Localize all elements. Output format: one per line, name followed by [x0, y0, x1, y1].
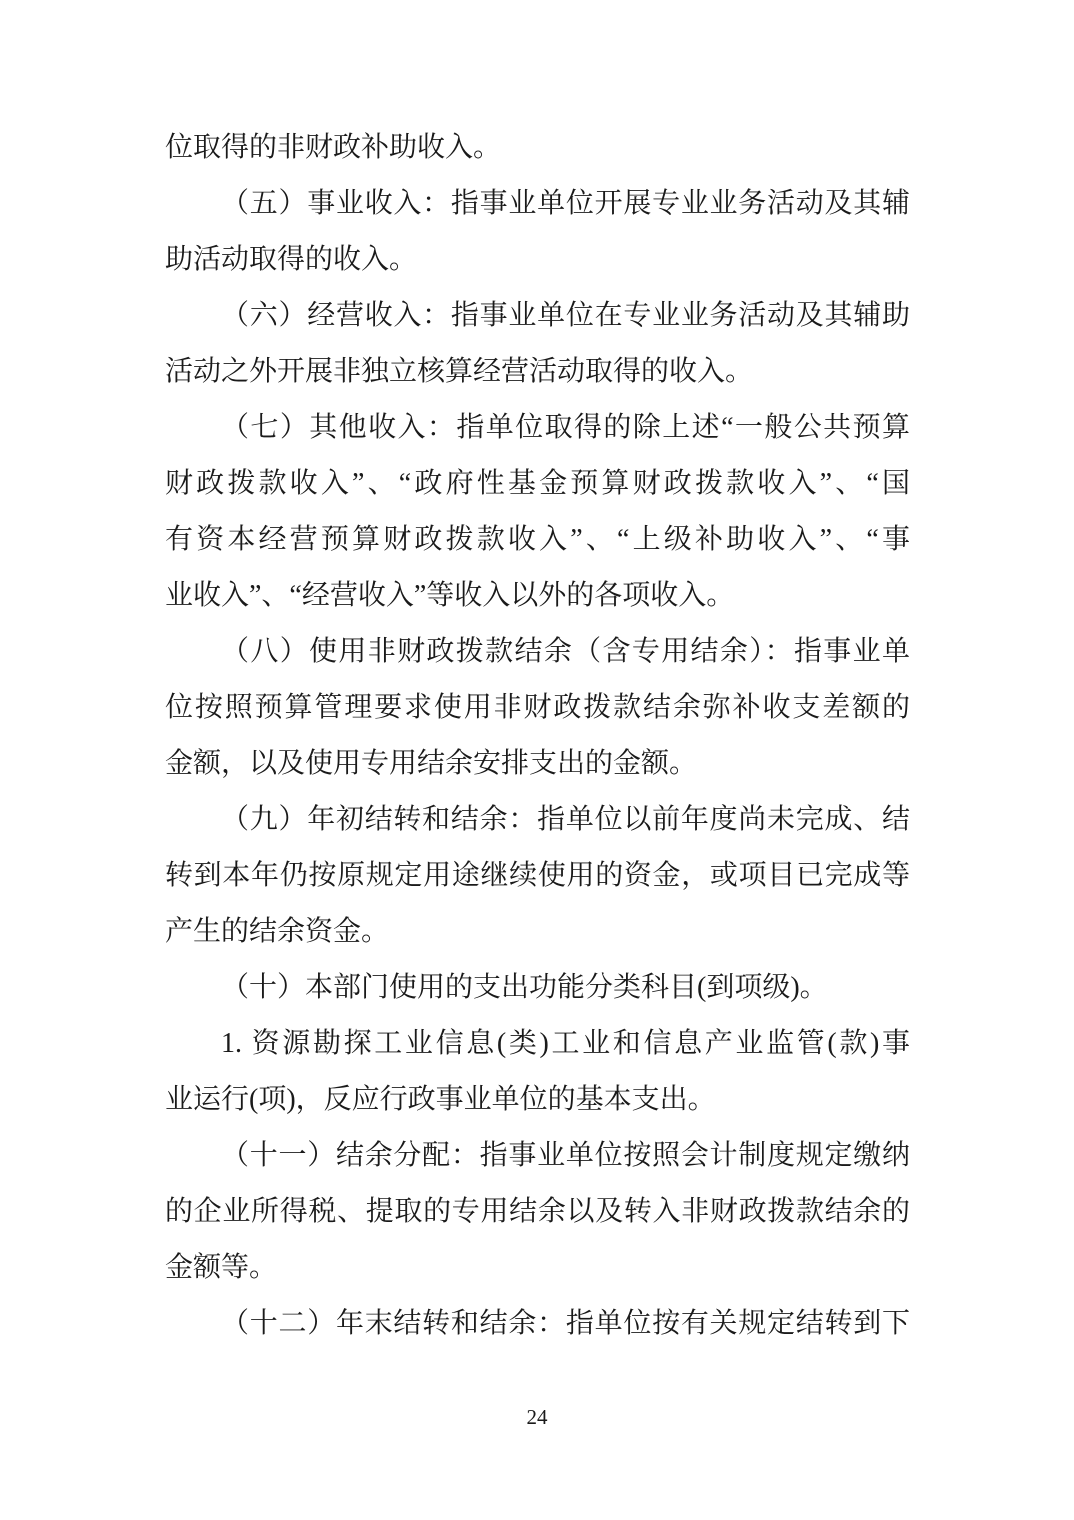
document-page: 位取得的非财政补助收入。（五）事业收入：指事业单位开展专业业务活动及其辅助活动取…: [0, 0, 1074, 1520]
text-line: （七）其他收入：指单位取得的除上述“一般公共预算: [165, 400, 910, 456]
text-line: 活动之外开展非独立核算经营活动取得的收入。: [165, 344, 910, 400]
text-line: （五）事业收入：指事业单位开展专业业务活动及其辅: [165, 176, 910, 232]
text-line: 业收入”、“经营收入”等收入以外的各项收入。: [165, 568, 910, 624]
page-number: 24: [0, 1404, 1074, 1430]
text-line: 位按照预算管理要求使用非财政拨款结余弥补收支差额的: [165, 680, 910, 736]
text-line: 转到本年仍按原规定用途继续使用的资金，或项目已完成等: [165, 848, 910, 904]
text-line: 业运行(项)，反应行政事业单位的基本支出。: [165, 1072, 910, 1128]
text-line: （十二）年末结转和结余：指单位按有关规定结转到下: [165, 1296, 910, 1352]
text-line: 的企业所得税、提取的专用结余以及转入非财政拨款结余的: [165, 1184, 910, 1240]
text-line: 金额，以及使用专用结余安排支出的金额。: [165, 736, 910, 792]
text-line: 产生的结余资金。: [165, 904, 910, 960]
text-line: 1. 资源勘探工业信息(类)工业和信息产业监管(款)事: [165, 1016, 910, 1072]
text-line: 金额等。: [165, 1240, 910, 1296]
text-line: （九）年初结转和结余：指单位以前年度尚未完成、结: [165, 792, 910, 848]
text-line: 助活动取得的收入。: [165, 232, 910, 288]
text-line: （六）经营收入：指事业单位在专业业务活动及其辅助: [165, 288, 910, 344]
document-body: 位取得的非财政补助收入。（五）事业收入：指事业单位开展专业业务活动及其辅助活动取…: [165, 120, 910, 1352]
text-line: 财政拨款收入”、“政府性基金预算财政拨款收入”、“国: [165, 456, 910, 512]
text-line: 位取得的非财政补助收入。: [165, 120, 910, 176]
text-line: 有资本经营预算财政拨款收入”、“上级补助收入”、“事: [165, 512, 910, 568]
text-line: （十）本部门使用的支出功能分类科目(到项级)。: [165, 960, 910, 1016]
text-line: （十一）结余分配：指事业单位按照会计制度规定缴纳: [165, 1128, 910, 1184]
text-line: （八）使用非财政拨款结余（含专用结余）：指事业单: [165, 624, 910, 680]
